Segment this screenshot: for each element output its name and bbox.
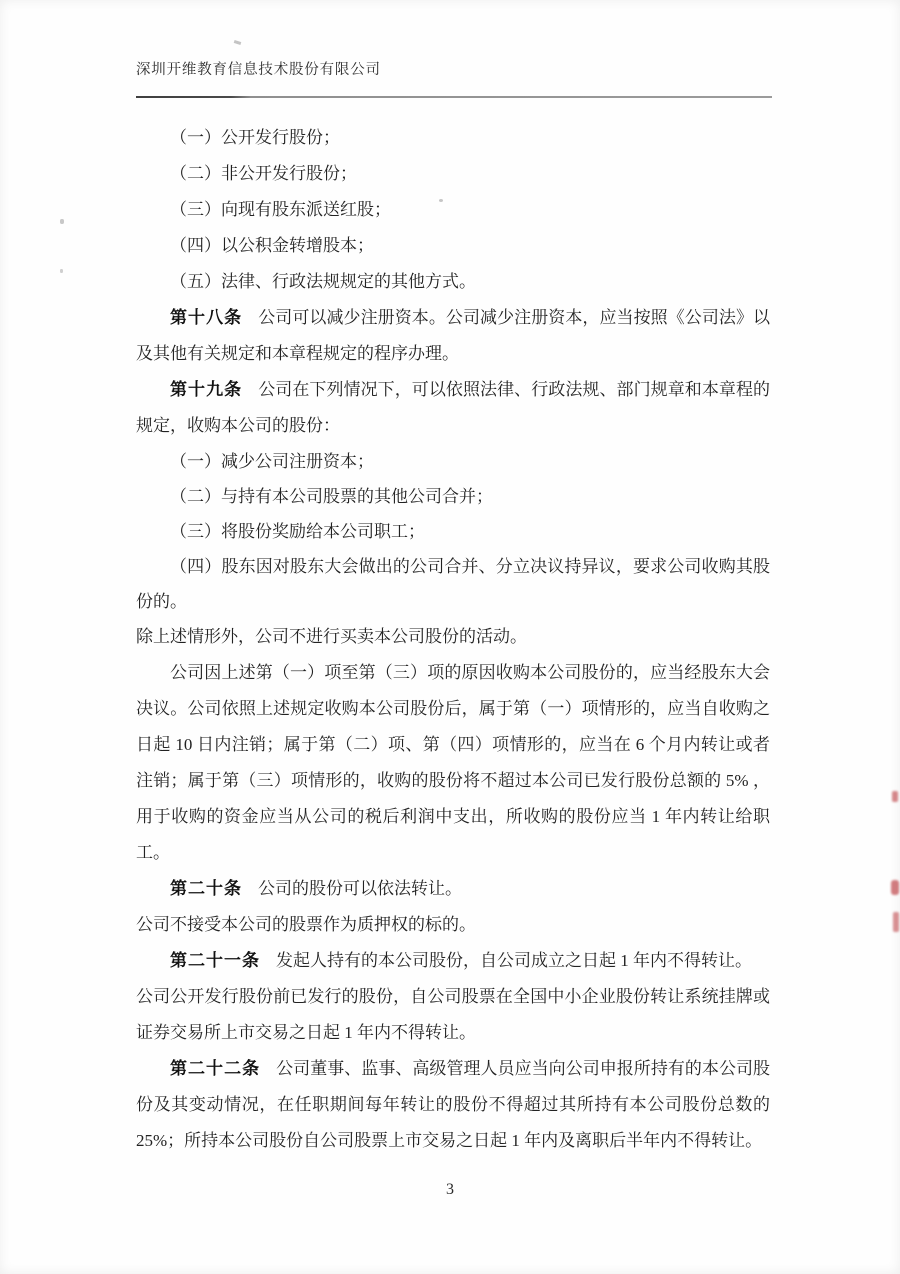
repurchase-case-item: （一）减少公司注册资本；: [136, 444, 770, 479]
paragraph-no-pledge: 公司不接受本公司的股票作为质押权的标的。: [136, 907, 770, 943]
header-company-name: 深圳开维教育信息技术股份有限公司: [136, 58, 381, 79]
article-22-label: 第二十二条: [170, 1059, 260, 1078]
document-body: （一）公开发行股份； （二）非公开发行股份； （三）向现有股东派送红股； （四）…: [136, 120, 770, 1159]
article-21-text: 发起人持有的本公司股份，自公司成立之日起 1 年内不得转让。: [276, 951, 752, 970]
paragraph-pre-ipo-lockup: 公司公开发行股份前已发行的股份，自公司股票在全国中小企业股份转让系统挂牌或证券交…: [136, 979, 770, 1051]
red-ink-mark: [893, 912, 899, 932]
repurchase-case-item: （三）将股份奖励给本公司职工；: [136, 514, 770, 549]
article-19-label: 第十九条: [170, 380, 242, 399]
issuance-method-item: （四）以公积金转增股本；: [136, 228, 770, 264]
article-18: 第十八条公司可以减少注册资本。公司减少注册资本，应当按照《公司法》以及其他有关规…: [136, 300, 770, 372]
article-19: 第十九条公司在下列情况下，可以依照法律、行政法规、部门规章和本章程的规定，收购本…: [136, 372, 770, 444]
red-ink-mark: [891, 880, 899, 895]
issuance-method-item: （五）法律、行政法规规定的其他方式。: [136, 264, 770, 300]
article-20-label: 第二十条: [170, 879, 242, 898]
article-20-text: 公司的股份可以依法转让。: [258, 879, 462, 898]
header-divider-rule: [136, 96, 772, 98]
issuance-method-item: （二）非公开发行股份；: [136, 156, 770, 192]
article-18-label: 第十八条: [170, 308, 242, 327]
paragraph-no-trading: 除上述情形外，公司不进行买卖本公司股份的活动。: [136, 619, 770, 655]
article-21: 第二十一条发起人持有的本公司股份，自公司成立之日起 1 年内不得转让。: [136, 943, 770, 979]
scan-speck: [60, 269, 63, 273]
article-20: 第二十条公司的股份可以依法转让。: [136, 871, 770, 907]
scan-speck: [60, 219, 64, 224]
issuance-method-item: （一）公开发行股份；: [136, 120, 770, 156]
repurchase-case-item: （二）与持有本公司股票的其他公司合并；: [136, 479, 770, 514]
red-ink-mark: [892, 791, 898, 802]
document-page: 深圳开维教育信息技术股份有限公司 （一）公开发行股份； （二）非公开发行股份； …: [0, 0, 900, 1274]
page-number: 3: [0, 1181, 900, 1199]
issuance-method-item: （三）向现有股东派送红股；: [136, 192, 770, 228]
paragraph-repurchase-rules: 公司因上述第（一）项至第（三）项的原因收购本公司股份的，应当经股东大会决议。公司…: [136, 655, 770, 871]
article-22: 第二十二条公司董事、监事、高级管理人员应当向公司申报所持有的本公司股份及其变动情…: [136, 1051, 770, 1159]
article-21-label: 第二十一条: [170, 951, 260, 970]
repurchase-case-item: （四）股东因对股东大会做出的公司合并、分立决议持异议，要求公司收购其股份的。: [136, 549, 770, 619]
scan-speck: [234, 40, 242, 45]
